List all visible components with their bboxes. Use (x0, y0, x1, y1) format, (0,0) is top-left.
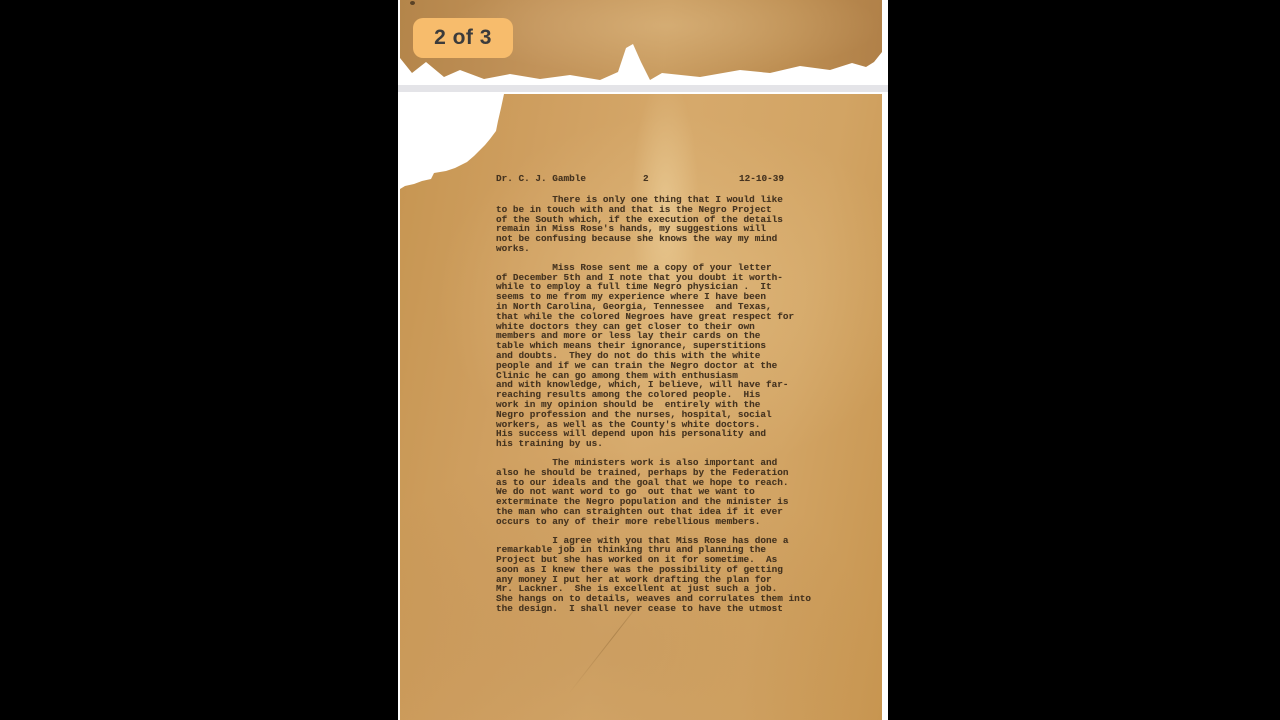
typewritten-text: Dr. C. J. Gamble 2 12-10-39 There is onl… (496, 174, 836, 623)
page-2-card: Dr. C. J. Gamble 2 12-10-39 There is onl… (398, 92, 888, 720)
page-badge: 2 of 3 (413, 18, 513, 58)
letter-page-number: 2 (643, 174, 649, 184)
document-viewer[interactable]: Dr. C. J. Gamble 2 12-10-39 There is onl… (398, 0, 888, 720)
letter-paragraph-2: Miss Rose sent me a copy of your letter … (496, 263, 836, 449)
letter-header: Dr. C. J. Gamble 2 12-10-39 (496, 174, 836, 184)
letter-paragraph-4: I agree with you that Miss Rose has done… (496, 536, 836, 614)
letter-paragraph-3: The ministers work is also important and… (496, 458, 836, 527)
letter-date: 12-10-39 (739, 174, 784, 184)
letter-paragraph-1: There is only one thing that I would lik… (496, 195, 836, 254)
letter-page-scan: Dr. C. J. Gamble 2 12-10-39 There is onl… (400, 94, 882, 720)
paper-stain (410, 1, 415, 5)
recipient-name: Dr. C. J. Gamble (496, 174, 586, 184)
